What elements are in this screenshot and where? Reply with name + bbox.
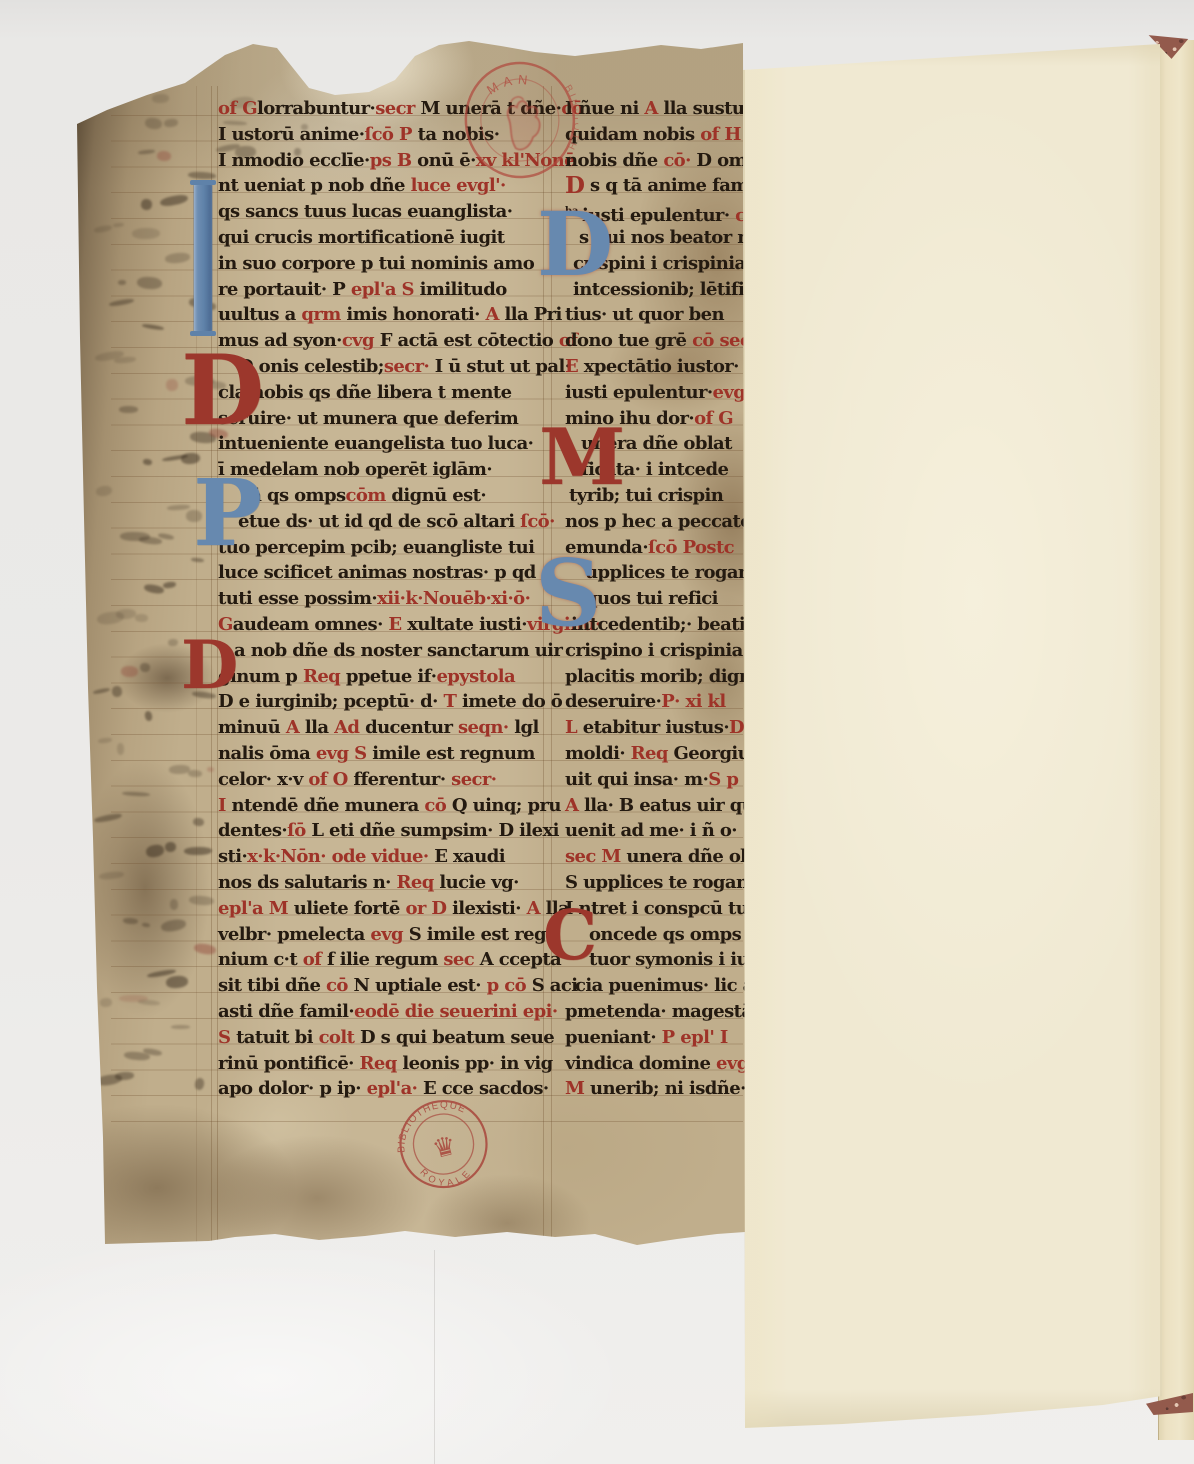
manuscript-line: quidam nobis of H bbox=[565, 124, 741, 145]
ink-smudge bbox=[123, 917, 138, 924]
backdrop-crease bbox=[434, 1250, 435, 1464]
ink-smudge bbox=[165, 378, 178, 391]
manuscript-line: cia puenimus· lic a bbox=[575, 975, 754, 996]
manuscript-line: D onis celestib;secr· I ū stut ut pal· bbox=[238, 356, 570, 377]
manuscript-line: nalis ōma evg S imile est regnum bbox=[218, 743, 535, 764]
manuscript-line: mus ad syon·cvg F actā est cōtectio of bbox=[218, 330, 577, 351]
manuscript-line: S tatuit bi colt D s qui beatum seue bbox=[218, 1027, 554, 1048]
manuscript-line: in suo corpore p tui nominis amo bbox=[218, 253, 534, 274]
manuscript-line: intueniente euangelista tuo luca· bbox=[218, 433, 533, 454]
manuscript-line: celor· x·v of O fferentur· secr· bbox=[218, 769, 496, 790]
manuscript-line: dentes·ſō L eti dñe sumpsim· D ilexi bbox=[218, 820, 559, 841]
manuscript-line: E xpectātio iustor· l bbox=[565, 356, 751, 377]
illuminated-initial: M bbox=[539, 428, 625, 489]
manuscript-line: nium c·t of f ilie regum sec A ccepta bbox=[218, 949, 561, 970]
manuscript-line: uultus a qrm imis honorati· A lla Pri bbox=[218, 304, 562, 325]
manuscript-leaf: of Glorrabuntur·secr M unerā t dñe·cōI u… bbox=[77, 38, 747, 1248]
ink-smudge bbox=[207, 766, 215, 772]
manuscript-line: D e iurginib; pceptū· d· T imete do ō bbox=[218, 691, 562, 712]
manuscript-line: etue ds· ut id qd de scō altari ſcō· bbox=[238, 511, 555, 532]
manuscript-line: qs sancs tuus lucas euanglista· bbox=[218, 201, 512, 222]
manuscript-line: apo dolor· p ip· epl'a· E cce sacdos· bbox=[218, 1078, 549, 1099]
background-highlight bbox=[0, 1250, 760, 1464]
ink-smudge bbox=[169, 764, 190, 774]
manuscript-line: pueniant· P epl' I bbox=[565, 1027, 728, 1048]
manuscript-line: nos ds salutaris n· Req lucie vg· bbox=[218, 872, 519, 893]
illuminated-initial: D bbox=[181, 354, 264, 429]
ink-smudge bbox=[132, 228, 160, 239]
stamp-crown-icon: ♛ bbox=[430, 1131, 460, 1166]
ink-smudge bbox=[118, 280, 126, 285]
manuscript-line: pmetenda· magestā bbox=[565, 1001, 752, 1022]
illuminated-initial: D bbox=[537, 210, 613, 279]
manuscript-line: tuo percepim pcib; euangliste tui bbox=[218, 537, 534, 558]
ink-smudge bbox=[93, 91, 101, 96]
ink-smudge bbox=[171, 1025, 190, 1029]
manuscript-line: epl'a M uliete fortē or D ilexisti· A ll… bbox=[218, 898, 569, 919]
manuscript-line: qui crucis mortificationē iugit bbox=[218, 227, 504, 248]
manuscript-line: uenit ad me· i ñ o· bbox=[565, 820, 737, 841]
manuscript-line: nobis dñe cō· D omini bbox=[565, 150, 772, 171]
manuscript-line: sec M unera dñe obla bbox=[565, 846, 770, 867]
manuscript-line: upplices te rogam bbox=[585, 562, 756, 583]
ink-smudge bbox=[168, 639, 178, 647]
manuscript-line: dono tue grē cō sec bbox=[565, 330, 750, 351]
illuminated-initial: P bbox=[193, 478, 262, 550]
manuscript-line: tius· ut quor ben bbox=[565, 304, 724, 325]
library-stamp-top: MAN BIBLIOTHE bbox=[458, 56, 582, 188]
manuscript-line: minuū A lla Ad ducentur seqn· lgl bbox=[218, 717, 539, 738]
manuscript-line: M unerib; ni isdñe· bbox=[565, 1078, 746, 1099]
manuscript-line: velbr· pmelecta evg S imile est reg bbox=[218, 924, 546, 945]
illuminated-initial: C bbox=[543, 910, 597, 963]
ink-smudge bbox=[93, 688, 110, 695]
ink-smudge bbox=[135, 614, 148, 622]
manuscript-line: asti dñe famil·eodē die seuerini epi· bbox=[218, 1001, 558, 1022]
manuscript-line: iā qs ompscōm dignū est· bbox=[244, 485, 486, 506]
manuscript-line: sit tibi dñe cō N uptiale est· p cō S ac… bbox=[218, 975, 577, 996]
ink-smudge bbox=[117, 743, 124, 755]
illuminated-initial bbox=[194, 182, 212, 334]
ink-smudge bbox=[121, 665, 138, 677]
manuscript-line: vindica domine evg G bbox=[565, 1053, 769, 1074]
manuscript-line: tuor symonis i iu bbox=[589, 949, 749, 970]
manuscript-line: oncede qs omps d bbox=[589, 924, 759, 945]
manuscript-line: deseruire·P· xi kl bbox=[565, 691, 726, 712]
illuminated-initial: S bbox=[535, 558, 601, 630]
manuscript-line: luce scificet animas nostras· p qd bbox=[218, 562, 536, 583]
manuscript-line: iusti epulentur·evg G bbox=[565, 382, 766, 403]
manuscript-line: rinū pontificē· Req leonis pp· in vig bbox=[218, 1053, 553, 1074]
manuscript-line: tuti esse possim·xii·k·Nouēb·xi·ō· bbox=[218, 588, 530, 609]
ink-smudge bbox=[157, 150, 172, 161]
manuscript-line: moldi· Req Georgiu bbox=[565, 743, 750, 764]
ink-smudge bbox=[94, 224, 113, 233]
manuscript-line: nt ueniat p nob dñe luce evgl'· bbox=[218, 175, 506, 196]
manuscript-line: I ustorū anime·ſcō P ta nobis· bbox=[218, 124, 499, 145]
manuscript-line: placitis morib; dign bbox=[565, 666, 751, 687]
illuminated-initial: D bbox=[181, 640, 238, 691]
ink-smudge bbox=[170, 899, 178, 910]
manuscript-line: re portauit· P epl'a S imilitudo bbox=[218, 279, 507, 300]
ink-smudge bbox=[188, 769, 202, 777]
flyleaf-page bbox=[743, 44, 1162, 1429]
flyleaf-page-edge-behind bbox=[1158, 40, 1194, 1440]
manuscript-line: I ntendē dñe munera cō Q uinq; pru bbox=[218, 795, 561, 816]
manuscript-line: ginum p Req ppetue if·epystola bbox=[218, 666, 515, 687]
manuscript-line: sti·x·k·Nōn· ode vidue· E xaudi bbox=[218, 846, 505, 867]
manuscript-line: nos p hec a peccator bbox=[565, 511, 760, 532]
ink-smudge bbox=[119, 406, 138, 413]
manuscript-line: quos tui refici bbox=[585, 588, 718, 609]
manuscript-line: uit qui insa· m·S p bbox=[565, 769, 738, 790]
manuscript-line: L etabitur iustus·D s bbox=[565, 717, 759, 738]
manuscript-line: a nob dñe ds noster sanctarum uir bbox=[234, 640, 562, 661]
photo-of-manuscript-opening: { "colors":{ "background":"#eae9e7","par… bbox=[0, 0, 1194, 1464]
ink-smudge bbox=[139, 662, 150, 672]
